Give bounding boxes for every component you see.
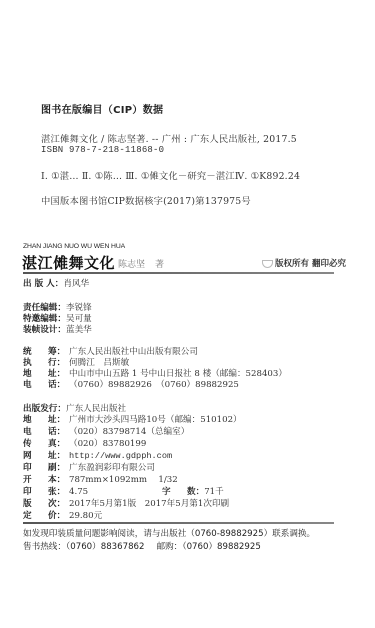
info-label: 址： [48, 369, 65, 379]
info-row: 定价：29.80元 [23, 511, 102, 521]
editor-value: 吴可量 [66, 314, 92, 324]
info-value: 广东盈润彩印有限公司 [69, 463, 155, 473]
cip-isbn: ISBN 978-7-218-11868-0 [41, 145, 164, 155]
info-label: 电 [23, 427, 48, 437]
info-value: （020）83798714（总编室） [69, 427, 189, 437]
editor-label: 特邀编辑： [23, 314, 66, 324]
info-row: 地址：广州市大沙头四马路10号（邮编：510102） [23, 415, 242, 425]
mail-order-value: （0760）89882925 [182, 542, 261, 552]
editor-label: 责任编辑： [23, 303, 66, 313]
info-value: （020）83780199 [69, 439, 146, 449]
hotline-label: 售书热线： [23, 542, 66, 552]
info-row: 传真：（020）83780199 [23, 439, 146, 449]
editor-value: 李锐锋 [66, 303, 92, 313]
editor-label: 装帧设计： [23, 325, 66, 335]
header-divider [23, 272, 334, 274]
book-title: 湛江傩舞文化 [22, 252, 115, 273]
info-label: 刷： [48, 463, 65, 473]
info-label: 开 [23, 475, 48, 485]
info-label: 址： [48, 415, 65, 425]
info-value: 广州市大沙头四马路10号（邮编：510102） [69, 415, 242, 425]
editor-row: 装帧设计：蓝美华 [23, 325, 92, 335]
info-label: 址： [48, 451, 65, 461]
hotline-value: （0760）88367862 [66, 542, 145, 552]
cip-heading: 图书在版编目（CIP）数据 [41, 101, 163, 116]
copyright-text: 版权所有 翻印必究 [275, 259, 346, 269]
editor-row: 责任编辑：李锐锋 [23, 303, 92, 313]
info-label: 印 [23, 463, 48, 473]
footer-divider [23, 522, 334, 524]
cip-classification: Ⅰ. ①湛… Ⅱ. ①陈… Ⅲ. ①傩文化－研究－湛江Ⅳ. ①K892.24 [41, 168, 300, 182]
editor-row: 特邀编辑：吴可量 [23, 314, 92, 324]
publisher-person-label: 出 版 人： [23, 279, 63, 289]
info-label: 话： [48, 427, 65, 437]
info-row: 执行：何腾江 吕斯敏 [23, 358, 129, 368]
mail-order-label: 邮购： [156, 542, 182, 552]
info-row: 电话：（020）83798714（总编室） [23, 427, 189, 437]
info-row: 开本：787mm×1092mm 1/32 [23, 475, 178, 485]
info-label: 印 [23, 487, 48, 497]
info-label: 字 [162, 487, 187, 497]
website-link[interactable]: http://www.gdpph.com [69, 451, 172, 461]
info-row: 网址：http://www.gdpph.com [23, 451, 172, 461]
info-row: 地址：中山市中山五路 1 号中山日报社 8 楼（邮编：528403） [23, 369, 287, 379]
info-label: 张： [48, 487, 65, 497]
title-pinyin: ZHAN JIANG NUO WU WEN HUA [23, 243, 125, 250]
info-label: 行： [48, 358, 65, 368]
author-name: 陈志坚 [118, 260, 145, 270]
cip-catalog-line: 湛江傩舞文化 / 陈志坚著. -- 广州 : 广东人民出版社, 2017.5 [41, 131, 297, 145]
price-value: 29.80元 [69, 511, 102, 521]
info-value: 中山市中山五路 1 号中山日报社 8 楼（邮编：528403） [69, 369, 287, 379]
info-row: 电话：（0760）89882926 （0760）89882925 [23, 380, 239, 390]
info-value: 广东人民出版社中山出版有限公司 [69, 347, 198, 357]
info-label: 数： [187, 487, 204, 497]
author-role: 著 [155, 260, 164, 270]
sheets-value: 4.75 [69, 487, 162, 497]
info-label: 本： [48, 475, 65, 485]
info-label: 定 [23, 511, 48, 521]
info-label: 话： [48, 380, 65, 390]
info-label: 网 [23, 451, 48, 461]
info-label: 地 [23, 415, 48, 425]
book-author: 陈志坚著 [118, 257, 164, 270]
info-row: 统筹：广东人民出版社中山出版有限公司 [23, 347, 198, 357]
info-value: （0760）89882926 （0760）89882925 [69, 380, 239, 390]
info-label: 电 [23, 380, 48, 390]
info-label: 传 [23, 439, 48, 449]
info-label: 真： [48, 439, 65, 449]
info-label: 执 [23, 358, 48, 368]
publisher-person-value: 肖风华 [63, 279, 89, 289]
info-label: 次： [48, 499, 65, 509]
info-value: 787mm×1092mm 1/32 [69, 475, 178, 485]
publisher-person-row: 出 版 人：肖风华 [23, 279, 89, 289]
info-label: 筹： [48, 347, 65, 357]
leaf-icon [262, 260, 273, 268]
info-row: 印刷：广东盈润彩印有限公司 [23, 463, 155, 473]
cip-record-number: 中国版本图书馆CIP数据核字(2017)第137975号 [41, 193, 251, 207]
words-value: 71千 [204, 487, 224, 497]
issuer-value: 广东人民出版社 [66, 404, 126, 414]
info-label: 地 [23, 369, 48, 379]
info-row: 版次：2017年5月第1版 2017年5月第1次印刷 [23, 499, 229, 509]
sales-line: 售书热线：（0760）88367862邮购：（0760）89882925 [23, 540, 261, 552]
info-label: 版 [23, 499, 48, 509]
edition-value: 2017年5月第1版 2017年5月第1次印刷 [69, 499, 229, 509]
sheets-row: 印张：4.75字数：71千 [23, 487, 224, 497]
info-value: 何腾江 吕斯敏 [69, 358, 129, 368]
issuer-label: 出版发行： [23, 404, 66, 414]
info-label: 统 [23, 347, 48, 357]
editor-value: 蓝美华 [66, 325, 92, 335]
info-label: 价： [48, 511, 65, 521]
issuer-row: 出版发行：广东人民出版社 [23, 404, 126, 414]
quality-notice: 如发现印装质量问题影响阅读，请与出版社（0760-89882925）联系调换。 [23, 527, 315, 539]
copyright-notice: 版权所有 翻印必究 [262, 257, 346, 269]
